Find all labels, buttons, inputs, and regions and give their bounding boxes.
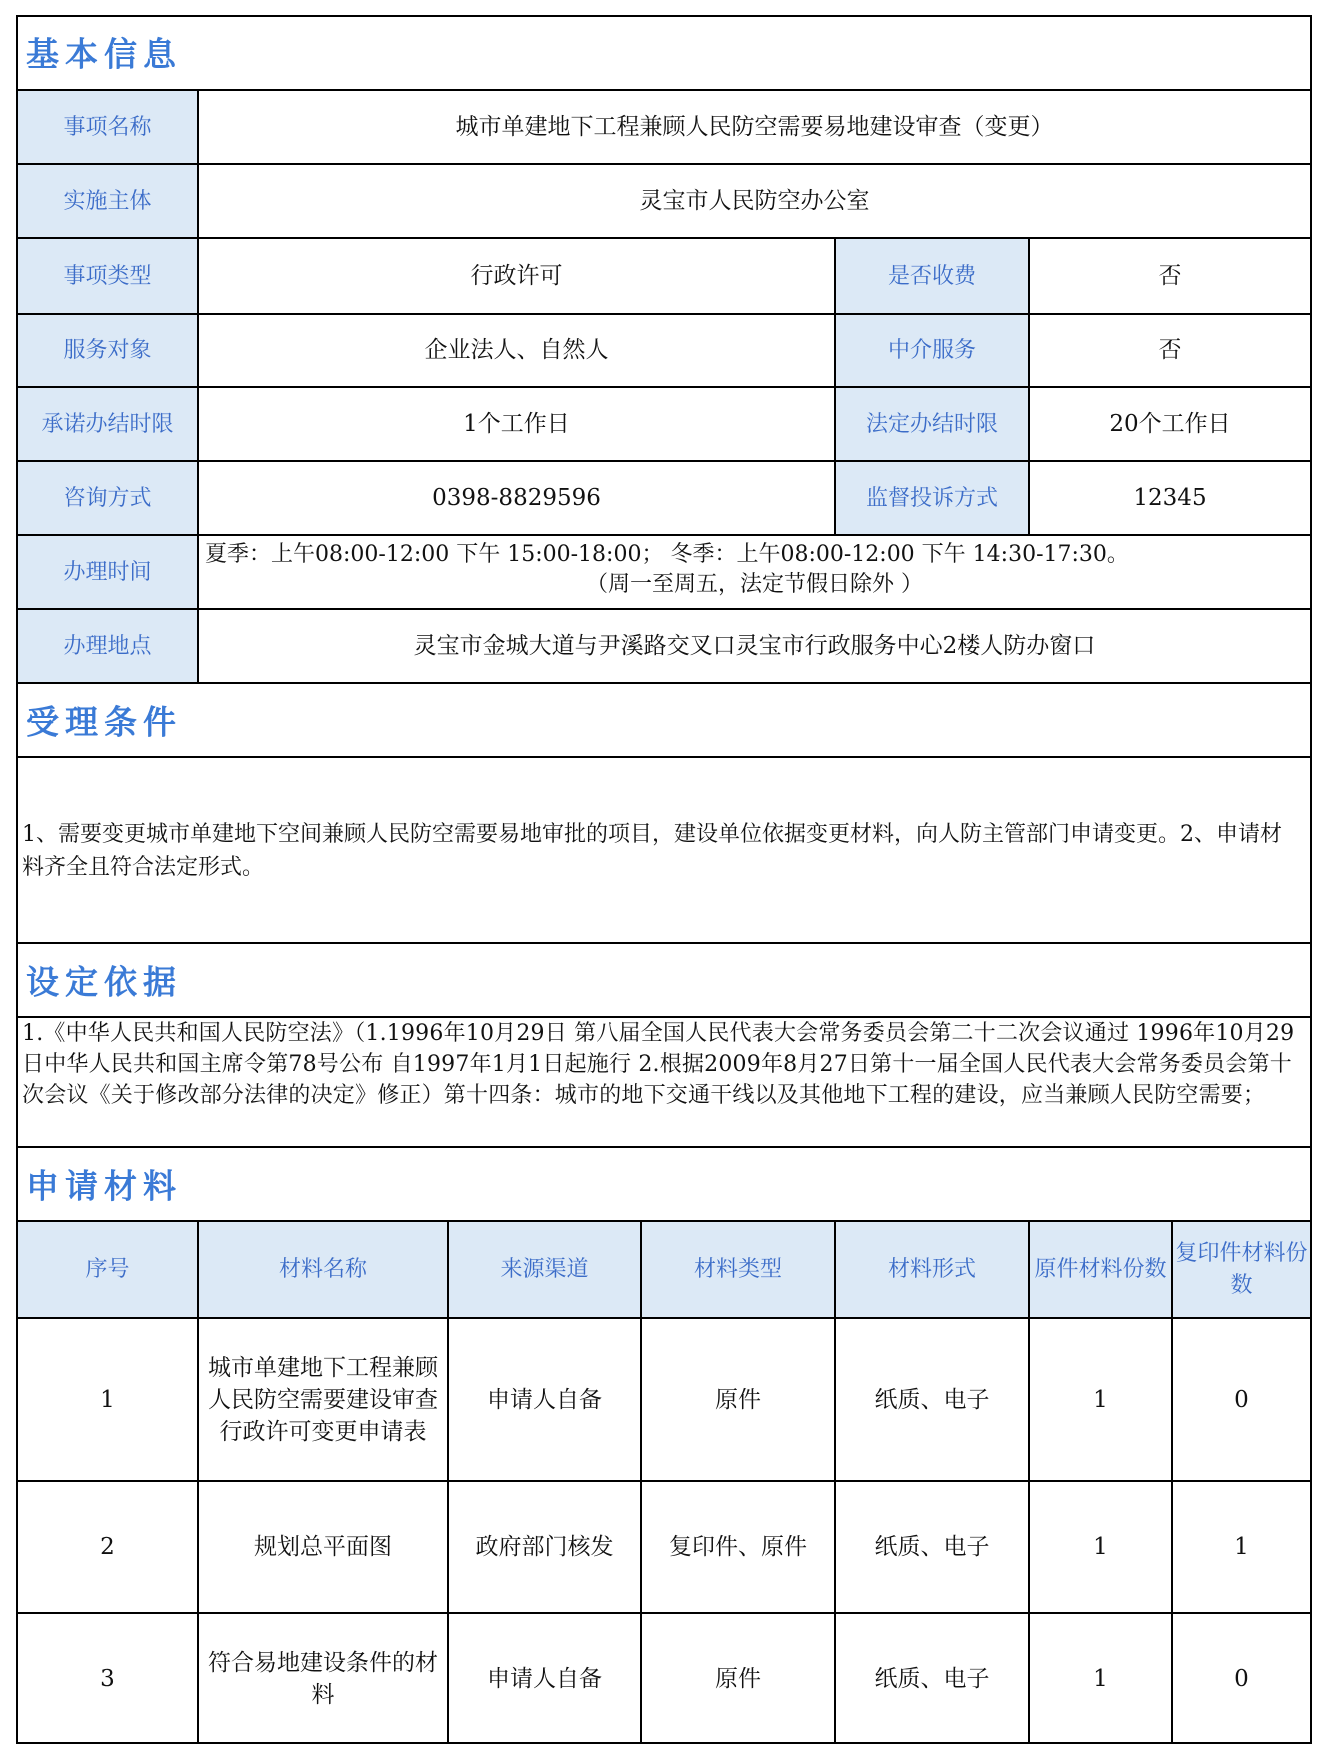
section-basic-info: 基本信息 <box>16 15 1312 89</box>
label-intermediary: 中介服务 <box>834 315 1028 386</box>
table-row: 2 规划总平面图 政府部门核发 复印件、原件 纸质、电子 1 1 <box>16 1480 1312 1612</box>
row-item-name: 事项名称 城市单建地下工程兼顾人民防空需要易地建设审查（变更） <box>16 89 1312 163</box>
cell-seq: 3 <box>18 1614 197 1744</box>
cell-copy-count: 0 <box>1171 1614 1310 1744</box>
cell-form: 纸质、电子 <box>834 1614 1028 1744</box>
cell-copy-count: 1 <box>1171 1482 1310 1612</box>
value-service-target: 企业法人、自然人 <box>197 315 834 386</box>
cell-original-count: 1 <box>1028 1482 1171 1612</box>
basis-text: 1.《中华人民共和国人民防空法》（1.1996年10月29日 第八届全国人民代表… <box>22 1018 1302 1111</box>
label-location: 办理地点 <box>18 610 197 682</box>
row-time-limit: 承诺办结时限 1个工作日 法定办结时限 20个工作日 <box>16 386 1312 460</box>
value-location: 灵宝市金城大道与尹溪路交叉口灵宝市行政服务中心2楼人防办窗口 <box>197 610 1310 682</box>
header-original-count: 原件材料份数 <box>1028 1222 1171 1317</box>
value-consult: 0398-8829596 <box>197 462 834 534</box>
value-hours: 夏季：上午08:00-12:00 下午 15:00-18:00； 冬季：上午08… <box>197 536 1310 608</box>
section-materials: 申请材料 <box>16 1146 1312 1220</box>
materials-header-row: 序号 材料名称 来源渠道 材料类型 材料形式 原件材料份数 复印件材料份数 <box>16 1220 1312 1317</box>
section-basis: 设定依据 <box>16 942 1312 1016</box>
value-implementer: 灵宝市人民防空办公室 <box>197 165 1310 237</box>
section-title-basic-info: 基本信息 <box>26 29 182 76</box>
header-source: 来源渠道 <box>447 1222 640 1317</box>
row-item-type: 事项类型 行政许可 是否收费 否 <box>16 237 1312 313</box>
row-implementer: 实施主体 灵宝市人民防空办公室 <box>16 163 1312 237</box>
cell-form: 纸质、电子 <box>834 1482 1028 1612</box>
cell-source: 政府部门核发 <box>447 1482 640 1612</box>
label-consult: 咨询方式 <box>18 462 197 534</box>
label-implementer: 实施主体 <box>18 165 197 237</box>
cell-seq: 1 <box>18 1319 197 1480</box>
label-complaint: 监督投诉方式 <box>834 462 1028 534</box>
value-promised-time: 1个工作日 <box>197 388 834 460</box>
section-title-materials: 申请材料 <box>26 1161 182 1208</box>
row-contact: 咨询方式 0398-8829596 监督投诉方式 12345 <box>16 460 1312 534</box>
header-type: 材料类型 <box>640 1222 834 1317</box>
table-row: 1 城市单建地下工程兼顾人民防空需要建设审查行政许可变更申请表 申请人自备 原件… <box>16 1317 1312 1480</box>
table-row: 3 符合易地建设条件的材料 申请人自备 原件 纸质、电子 1 0 <box>16 1612 1312 1744</box>
section-title-basis: 设定依据 <box>26 957 182 1004</box>
label-service-target: 服务对象 <box>18 315 197 386</box>
value-fee: 否 <box>1028 239 1310 313</box>
label-hours: 办理时间 <box>18 536 197 608</box>
cell-original-count: 1 <box>1028 1614 1171 1744</box>
cell-name: 符合易地建设条件的材料 <box>197 1614 447 1744</box>
hours-line-1: 夏季：上午08:00-12:00 下午 15:00-18:00； 冬季：上午08… <box>199 540 1129 570</box>
cell-source: 申请人自备 <box>447 1614 640 1744</box>
section-conditions: 受理条件 <box>16 682 1312 756</box>
cell-type: 原件 <box>640 1614 834 1744</box>
label-item-type: 事项类型 <box>18 239 197 313</box>
row-location: 办理地点 灵宝市金城大道与尹溪路交叉口灵宝市行政服务中心2楼人防办窗口 <box>16 608 1312 682</box>
header-seq: 序号 <box>18 1222 197 1317</box>
cell-type: 原件 <box>640 1319 834 1480</box>
header-form: 材料形式 <box>834 1222 1028 1317</box>
section-title-conditions: 受理条件 <box>26 697 182 744</box>
cell-seq: 2 <box>18 1482 197 1612</box>
hours-line-2: （周一至周五，法定节假日除外 ） <box>586 570 923 600</box>
label-item-name: 事项名称 <box>18 91 197 163</box>
header-name: 材料名称 <box>197 1222 447 1317</box>
cell-source: 申请人自备 <box>447 1319 640 1480</box>
cell-form: 纸质、电子 <box>834 1319 1028 1480</box>
value-complaint: 12345 <box>1028 462 1310 534</box>
value-intermediary: 否 <box>1028 315 1310 386</box>
label-fee: 是否收费 <box>834 239 1028 313</box>
value-item-type: 行政许可 <box>197 239 834 313</box>
cell-original-count: 1 <box>1028 1319 1171 1480</box>
cell-type: 复印件、原件 <box>640 1482 834 1612</box>
conditions-text: 1、需要变更城市单建地下空间兼顾人民防空需要易地审批的项目，建设单位依据变更材料… <box>22 818 1302 884</box>
cell-copy-count: 0 <box>1171 1319 1310 1480</box>
basis-content: 1.《中华人民共和国人民防空法》（1.1996年10月29日 第八届全国人民代表… <box>16 1016 1312 1146</box>
row-hours: 办理时间 夏季：上午08:00-12:00 下午 15:00-18:00； 冬季… <box>16 534 1312 608</box>
cell-name: 规划总平面图 <box>197 1482 447 1612</box>
value-legal-time: 20个工作日 <box>1028 388 1310 460</box>
label-promised-time: 承诺办结时限 <box>18 388 197 460</box>
row-service-target: 服务对象 企业法人、自然人 中介服务 否 <box>16 313 1312 386</box>
value-item-name: 城市单建地下工程兼顾人民防空需要易地建设审查（变更） <box>197 91 1310 163</box>
header-copy-count: 复印件材料份数 <box>1171 1222 1310 1317</box>
cell-name: 城市单建地下工程兼顾人民防空需要建设审查行政许可变更申请表 <box>197 1319 447 1480</box>
label-legal-time: 法定办结时限 <box>834 388 1028 460</box>
conditions-content: 1、需要变更城市单建地下空间兼顾人民防空需要易地审批的项目，建设单位依据变更材料… <box>16 756 1312 942</box>
